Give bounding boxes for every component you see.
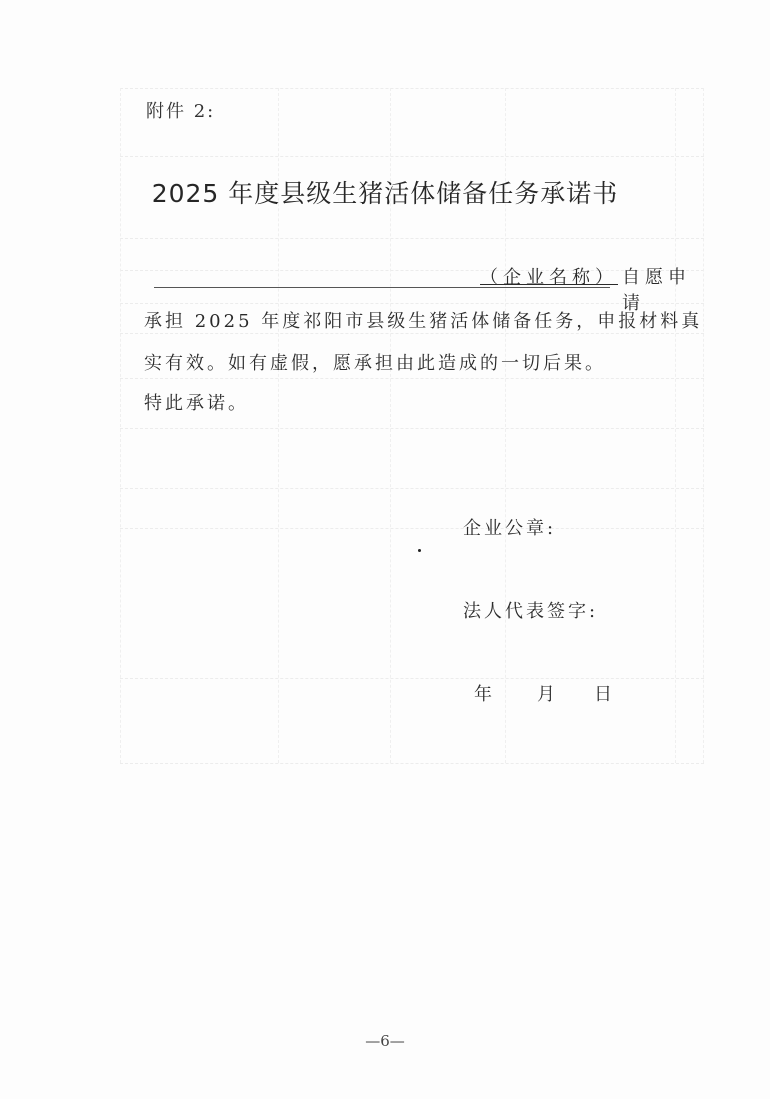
body-line-3: 实有效。如有虚假，愿承担由此造成的一切后果。 bbox=[144, 349, 606, 375]
body-line-4: 特此承诺。 bbox=[144, 389, 249, 415]
company-seal-label: 企业公章: bbox=[463, 514, 556, 540]
date-month: 月 bbox=[537, 680, 555, 706]
date-year: 年 bbox=[474, 680, 492, 706]
company-name-line: （企业名称） 自愿申请 bbox=[154, 263, 694, 293]
page-number: —6— bbox=[0, 1032, 770, 1050]
date-day: 日 bbox=[594, 680, 612, 706]
document-title: 2025 年度县级生猪活体储备任务承诺书 bbox=[0, 174, 770, 210]
scan-speck bbox=[418, 549, 421, 552]
legal-rep-signature-label: 法人代表签字: bbox=[463, 597, 598, 623]
attachment-label: 附件 2: bbox=[146, 97, 215, 123]
body-line-2: 承担 2025 年度祁阳市县级生猪活体储备任务，申报材料真 bbox=[144, 307, 702, 333]
company-name-label: （企业名称） bbox=[480, 263, 618, 289]
